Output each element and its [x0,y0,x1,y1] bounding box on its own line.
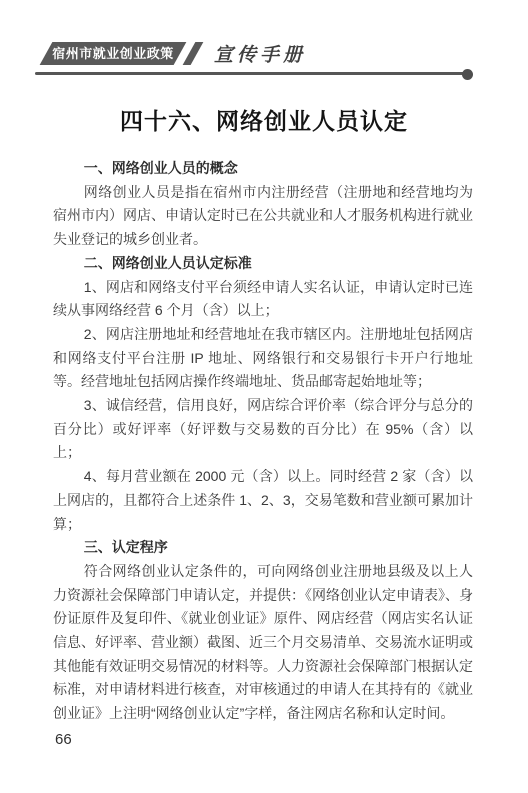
paragraph-concept: 网络创业人员是指在宿州市内注册经营（注册地和经营地均为宿州市内）网店、申请认定时… [53,181,473,252]
paragraph-criteria-1: 1、网店和网络支付平台须经申请人实名认证，申请认定时已连续从事网络经营 6 个月… [53,276,473,323]
paragraph-criteria-2: 2、网店注册地址和经营地址在我市辖区内。注册地址包括网店和网络支付平台注册 IP… [53,323,473,394]
page-number: 66 [55,731,72,748]
section-heading-1: 一、网络创业人员的概念 [53,157,473,181]
series-badge-label: 宿州市就业创业政策 [46,42,180,65]
series-badge: 宿州市就业创业政策 [40,42,187,65]
section-heading-2: 二、网络创业人员认定标准 [53,252,473,276]
page-title: 四十六、网络创业人员认定 [0,103,528,136]
document-page: 宿州市就业创业政策 宣传手册 四十六、网络创业人员认定 一、网络创业人员的概念 … [0,0,528,793]
paragraph-criteria-3: 3、诚信经营，信用良好，网店综合评价率（综合评分与总分的百分比）或好评率（好评数… [53,394,473,465]
paragraph-criteria-4: 4、每月营业额在 2000 元（含）以上。同时经营 2 家（含）以上网店的，且都… [53,465,473,536]
section-heading-3: 三、认定程序 [53,536,473,560]
paragraph-procedure: 符合网络创业认定条件的，可向网络创业注册地县级及以上人力资源社会保障部门申请认定… [53,560,473,726]
handbook-subtitle: 宣传手册 [214,44,306,66]
header-rule-dot [462,69,473,80]
header-rule [35,72,468,75]
slash-decoration [183,42,204,65]
document-body: 一、网络创业人员的概念 网络创业人员是指在宿州市内注册经营（注册地和经营地均为宿… [53,157,473,726]
